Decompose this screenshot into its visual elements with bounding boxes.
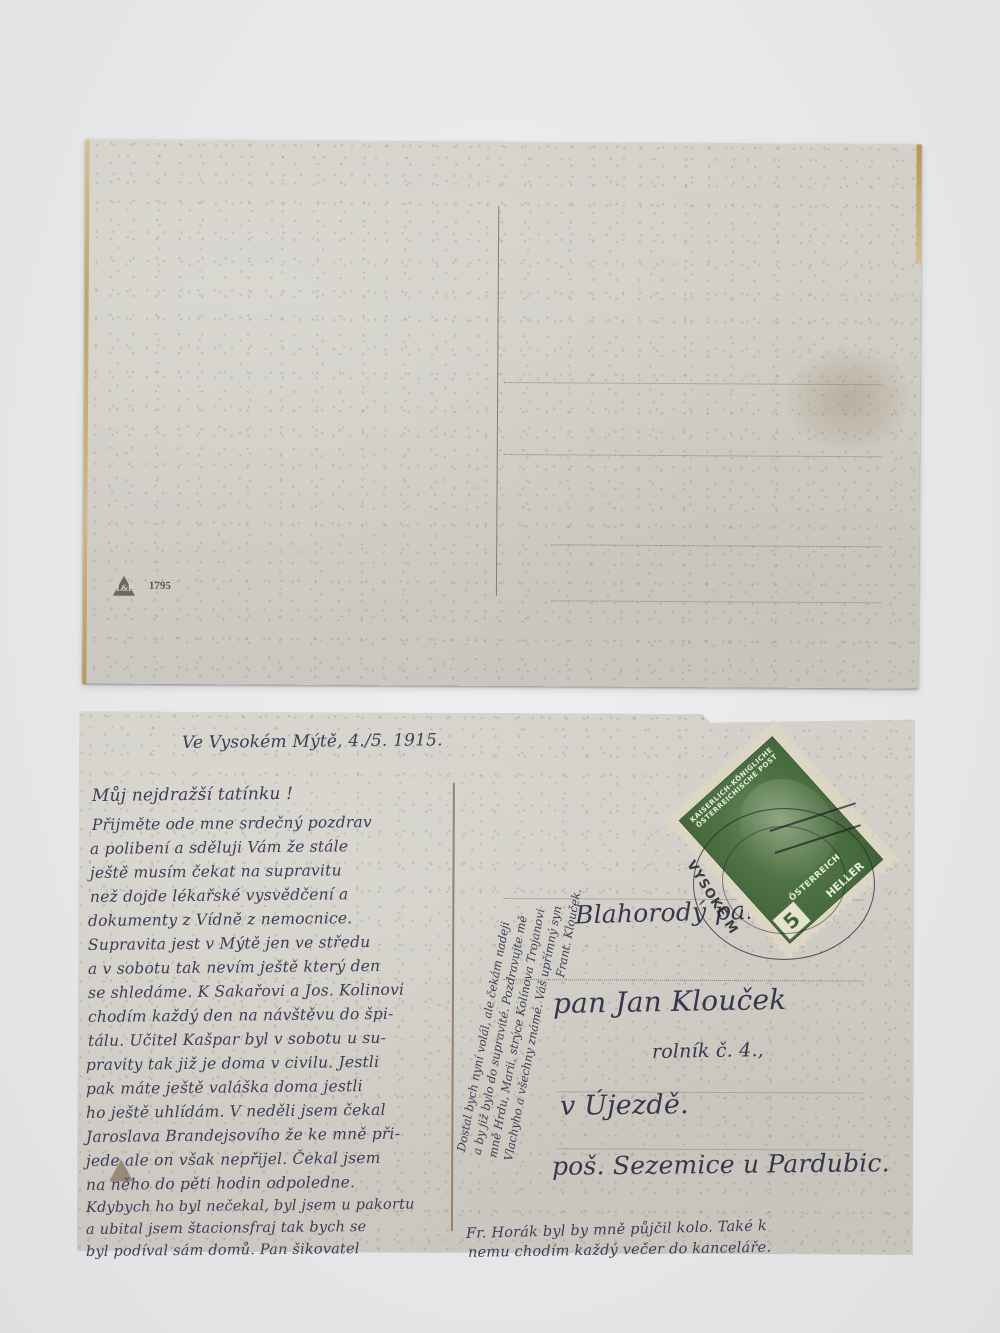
postcard-blank-back: L&P 1795 xyxy=(82,139,921,688)
letter-line: pak máte ještě valáška doma jestli xyxy=(86,1077,363,1098)
letter-line: a v sobotu tak nevím ještě který den xyxy=(88,957,380,978)
address-line-3 xyxy=(551,544,881,547)
letter-line: ho ještě uhlídám. V neděli jsem čekal xyxy=(86,1101,386,1122)
address-line-2 xyxy=(504,454,882,457)
letter-line: a ubital jsem štacionsfraj tak bych se xyxy=(86,1219,367,1238)
letter-line: tálu. Učitel Kašpar byl v sobotu u su- xyxy=(88,1029,386,1050)
letter-line: chodím každý den na návštěvu do špi- xyxy=(88,1005,394,1026)
address-recipient-name: pan Jan Klouček xyxy=(553,983,787,1020)
letter-line: dokumenty z Vídně z nemocnice. xyxy=(88,909,353,930)
publisher-number: 1795 xyxy=(149,580,171,592)
address-post-office: poš. Sezemice u Pardubic. xyxy=(552,1148,890,1181)
publisher-mark: L&P 1795 xyxy=(113,576,171,596)
address-occupation: rolník č. 4., xyxy=(652,1039,764,1063)
letter-line: pravity tak již je doma v civilu. Jestli xyxy=(86,1053,379,1074)
letter-line: byl podíval sám domů. Pan šikovatel xyxy=(86,1241,360,1260)
letter-dateline: Ve Vysokém Mýtě, 4./5. 1915. xyxy=(182,730,443,753)
publisher-logo-triangle-icon: L&P xyxy=(113,576,135,596)
address-village: v Újezdě. xyxy=(560,1089,689,1122)
fingerprint-stain xyxy=(784,344,915,455)
gilt-edge-right xyxy=(916,145,922,265)
letter-line: ještě musím čekat na supravitu xyxy=(90,861,342,882)
letter-line: a polibení a sděluji Vám že stále xyxy=(90,837,348,858)
letter-line: jede ale on však nepřijel. Čekal jsem xyxy=(86,1149,381,1170)
letter-line: na něho do pěti hodin odpoledne. xyxy=(86,1173,355,1194)
letter-line: Jaroslava Brandejsovího že ke mně při- xyxy=(86,1125,400,1146)
letter-line: Přijměte ode mne srdečný pozdrav xyxy=(92,813,372,834)
publisher-logo-text: L&P xyxy=(116,583,132,593)
address-line-4 xyxy=(551,600,881,603)
center-divider-line xyxy=(496,206,499,596)
center-divider-line xyxy=(451,783,455,1231)
letter-line: než dojde lékařské vysvědčení a xyxy=(90,885,349,906)
postmark-inner-ring xyxy=(722,826,846,934)
letter-line: se shledáme. K Sakařovi a Jos. Kolinovi xyxy=(88,981,404,1002)
letter-line: Supravita jest v Mýtě jen ve středu xyxy=(88,933,371,954)
letter-greeting: Můj nejdražší tatínku ! xyxy=(92,784,293,806)
